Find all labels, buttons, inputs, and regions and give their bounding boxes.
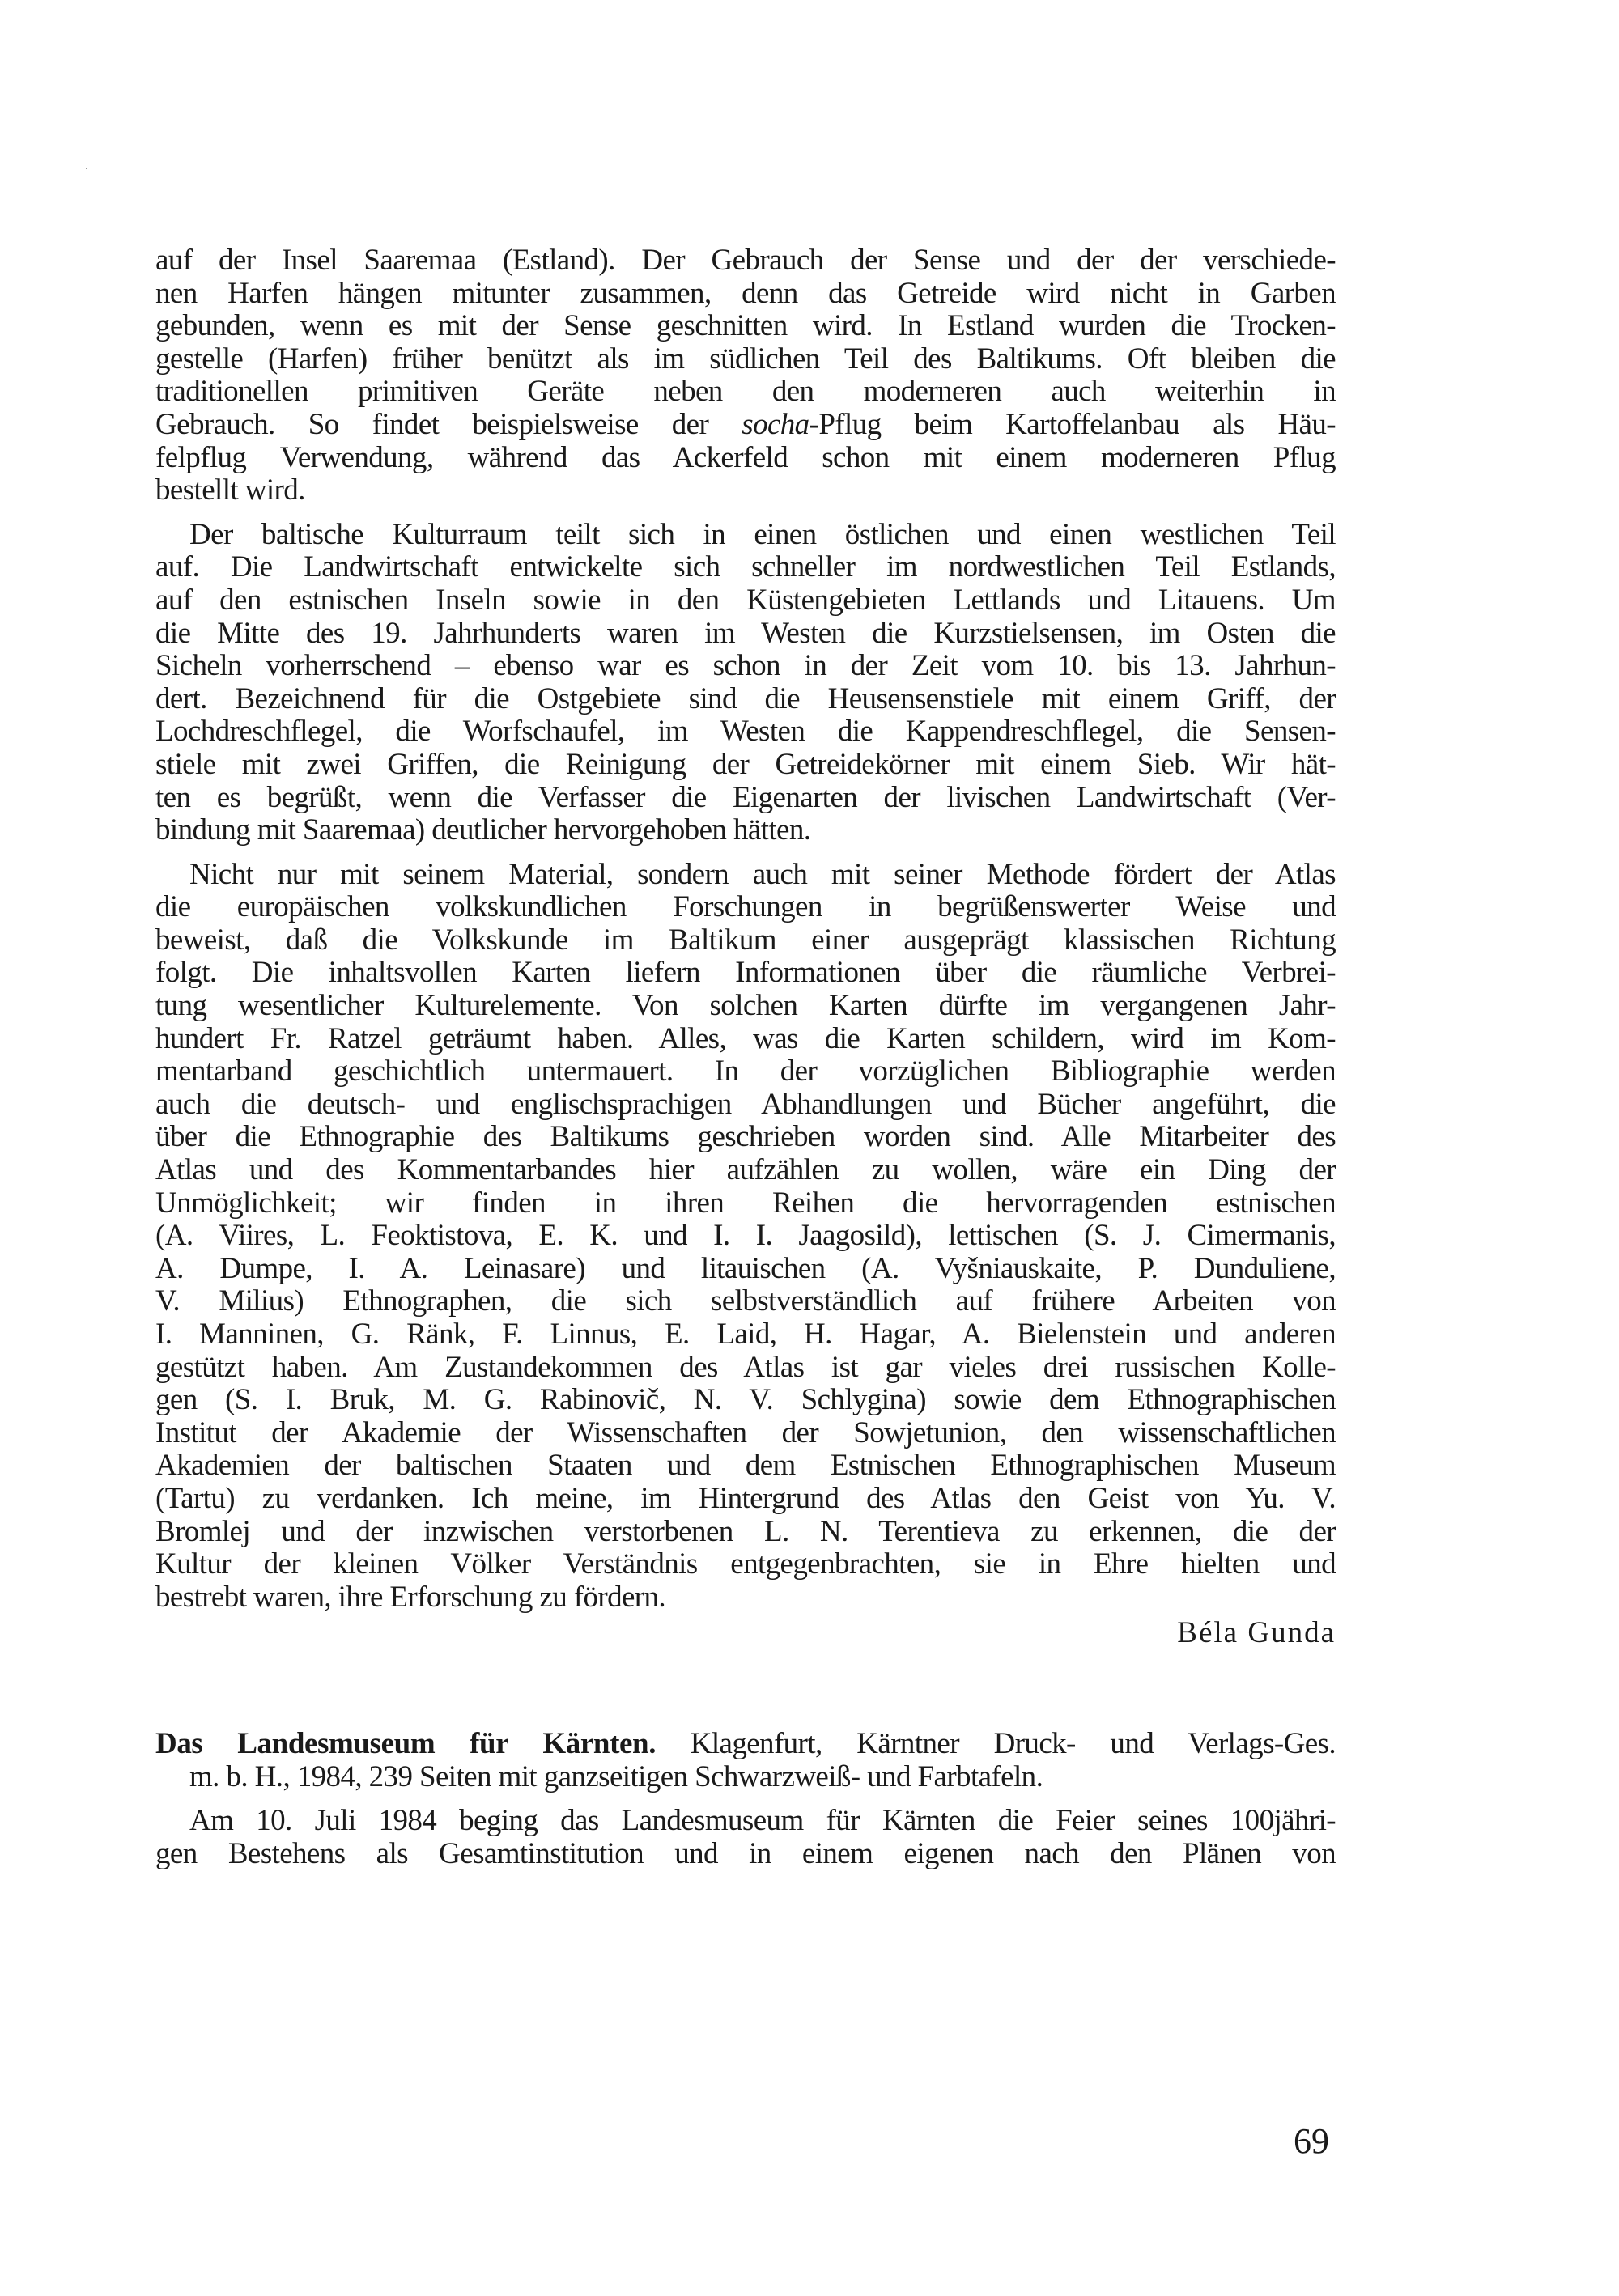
text-line: tung wesentlicher Kulturelemente. Von so…	[155, 990, 1336, 1023]
paragraph-gap	[155, 507, 1336, 519]
text-line: die Mitte des 19. Jahrhunderts waren im …	[155, 618, 1336, 651]
text-line: gebunden, wenn es mit der Sense geschnit…	[155, 310, 1336, 343]
paragraph-3: Nicht nur mit seinem Material, sondern a…	[155, 859, 1336, 1615]
author-signature: Béla Gunda	[155, 1617, 1336, 1650]
scan-speck	[86, 168, 87, 169]
text-line: auf. Die Landwirtschaft entwickelte sich…	[155, 551, 1336, 584]
text-line: nen Harfen hängen mitunter zusammen, den…	[155, 278, 1336, 311]
section-gap	[155, 1650, 1336, 1728]
text-line: I. Manninen, G. Ränk, F. Linnus, E. Laid…	[155, 1318, 1336, 1352]
citation-line: Das Landesmuseum für Kärnten. Klagenfurt…	[155, 1728, 1336, 1761]
text-line: A. Dumpe, I. A. Leinasare) und litauisch…	[155, 1253, 1336, 1286]
text-line: Am 10. Juli 1984 beging das Landesmuseum…	[155, 1805, 1336, 1838]
text-line: die europäischen volkskundlichen Forschu…	[155, 891, 1336, 924]
text-line: beweist, daß die Volkskunde im Baltikum …	[155, 924, 1336, 957]
text-line: hundert Fr. Ratzel geträumt haben. Alles…	[155, 1023, 1336, 1056]
text-run: -Pflug beim Kartoffelanbau als Häu-	[809, 408, 1336, 441]
text-line: auf der Insel Saaremaa (Estland). Der Ge…	[155, 244, 1336, 278]
text-line-with-italic: Gebrauch. So findet beispielsweise der s…	[155, 409, 1336, 442]
text-line: traditionellen primitiven Geräte neben d…	[155, 376, 1336, 409]
text-line: Bromlej und der inzwischen verstorbenen …	[155, 1516, 1336, 1549]
text-line: über die Ethnographie des Baltikums gesc…	[155, 1121, 1336, 1154]
citation-line: m. b. H., 1984, 239 Seiten mit ganzseiti…	[155, 1761, 1336, 1794]
text-line: bestrebt waren, ihre Erforschung zu förd…	[155, 1581, 1336, 1615]
text-line: V. Milius) Ethnographen, die sich selbst…	[155, 1285, 1336, 1318]
text-line: Kultur der kleinen Völker Verständnis en…	[155, 1548, 1336, 1581]
text-line: dert. Bezeichnend für die Ostgebiete sin…	[155, 683, 1336, 716]
text-line: bindung mit Saaremaa) deutlicher hervorg…	[155, 814, 1336, 847]
text-line: bestellt wird.	[155, 474, 1336, 507]
text-line: Der baltische Kulturraum teilt sich in e…	[155, 519, 1336, 552]
text-line: ten es begrüßt, wenn die Verfasser die E…	[155, 782, 1336, 815]
paragraph-review2-1: Am 10. Juli 1984 beging das Landesmuseum…	[155, 1805, 1336, 1870]
text-line: Institut der Akademie der Wissenschaften…	[155, 1417, 1336, 1450]
book-title: Das Landesmuseum für Kärnten.	[155, 1727, 656, 1760]
text-line: (Tartu) zu verdanken. Ich meine, im Hint…	[155, 1483, 1336, 1516]
paragraph-gap	[155, 1793, 1336, 1805]
text-line: (A. Viires, L. Feoktistova, E. K. und I.…	[155, 1220, 1336, 1253]
paragraph-2: Der baltische Kulturraum teilt sich in e…	[155, 519, 1336, 847]
text-line: Nicht nur mit seinem Material, sondern a…	[155, 859, 1336, 892]
text-line: auf den estnischen Inseln sowie in den K…	[155, 584, 1336, 618]
text-line: mentarband geschichtlich untermauert. In…	[155, 1055, 1336, 1089]
text-line: gen Bestehens als Gesamtinstitution und …	[155, 1838, 1336, 1871]
text-line: felpflug Verwendung, während das Ackerfe…	[155, 442, 1336, 475]
italic-term: socha	[742, 408, 809, 441]
paragraph-gap	[155, 847, 1336, 859]
bibliographic-citation: Das Landesmuseum für Kärnten. Klagenfurt…	[155, 1728, 1336, 1793]
text-line: gen (S. I. Bruk, M. G. Rabinovič, N. V. …	[155, 1384, 1336, 1417]
text-line: folgt. Die inhaltsvollen Karten liefern …	[155, 957, 1336, 990]
citation-publisher: Klagenfurt, Kärntner Druck- und Verlags-…	[656, 1727, 1336, 1760]
text-line: Sicheln vorherrschend – ebenso war es sc…	[155, 650, 1336, 683]
page-body: auf der Insel Saaremaa (Estland). Der Ge…	[155, 244, 1336, 1870]
text-line: gestelle (Harfen) früher benützt als im …	[155, 343, 1336, 376]
paragraph-1: auf der Insel Saaremaa (Estland). Der Ge…	[155, 244, 1336, 507]
text-line: Akademien der baltischen Staaten und dem…	[155, 1449, 1336, 1483]
text-run: Gebrauch. So findet beispielsweise der	[155, 408, 742, 441]
text-line: Atlas und des Kommentarbandes hier aufzä…	[155, 1154, 1336, 1187]
text-line: Unmöglichkeit; wir finden in ihren Reihe…	[155, 1187, 1336, 1220]
text-line: auch die deutsch- und englischsprachigen…	[155, 1089, 1336, 1122]
text-line: gestützt haben. Am Zustandekommen des At…	[155, 1352, 1336, 1385]
page-number: 69	[1294, 2121, 1329, 2162]
text-line: Lochdreschflegel, die Worfschaufel, im W…	[155, 715, 1336, 749]
text-line: stiele mit zwei Griffen, die Reinigung d…	[155, 749, 1336, 782]
